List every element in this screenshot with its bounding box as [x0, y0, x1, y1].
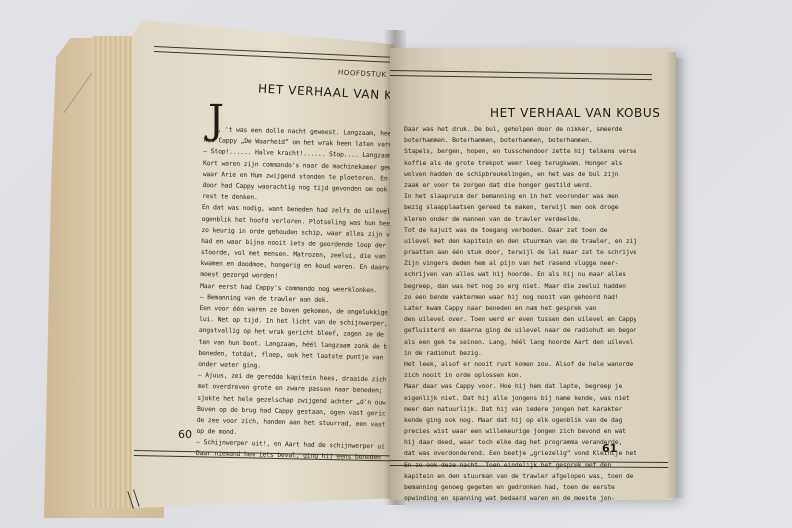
- text-line: Later kwam Cappy naar beneden en nam het…: [404, 303, 636, 314]
- text-line: zich nooit in orde oplossen kon.: [404, 370, 636, 381]
- text-line: Stapels, bergen, hopen, en tusschendoor …: [404, 146, 636, 157]
- top-rule: [390, 70, 652, 80]
- text-line: Tot de kajuit was de toegang verboden. D…: [404, 225, 636, 236]
- text-line: opwinding en spanning wat bedaard waren …: [404, 493, 636, 504]
- text-line: begreep, dan was het nog zo erg niet. Ma…: [404, 281, 636, 292]
- text-line: zo een bende vaktermen waar hij nog nooi…: [404, 292, 636, 303]
- text-line: als een gek te seinen. Lang, héél lang h…: [404, 337, 636, 348]
- text-line: boterhammen. Boterhammen, boterhammen, b…: [404, 135, 636, 146]
- text-line: kapitein en den stuurman van de trawler …: [404, 471, 636, 482]
- text-line: in de radiohut bezig.: [404, 348, 636, 359]
- text-line: den uilevel over. Toen werd er even tuss…: [404, 314, 636, 325]
- page-left: HOOFDSTUK V HET VERHAAL VAN KOBUS J a, '…: [132, 20, 394, 508]
- text-line: kende ging ook nog. Maar dat hij op elk …: [404, 415, 636, 426]
- text-line: gefluisterd en daarna ging de uilevel na…: [404, 325, 636, 336]
- page-block-edges-right: [668, 52, 676, 498]
- text-line: koffie als de grote trekpot weer leeg te…: [404, 158, 636, 169]
- text-line: bezig slaapplaatsen gereed te maken, ter…: [404, 202, 636, 213]
- page-number: 61: [602, 442, 617, 455]
- text-line: Daar was het druk. De bul, geholpen door…: [404, 124, 636, 135]
- text-line: eigenlijk niet. Dat hij alle jongens bij…: [404, 393, 636, 404]
- body-text: a, 't was een dolle nacht geweest. Langz…: [196, 124, 392, 464]
- text-line: Maar daar was Cappy voor. Hoe hij hem da…: [404, 381, 636, 392]
- page-right: HET VERHAAL VAN KOBUS Daar was het druk.…: [390, 48, 672, 500]
- text-line: Het leek, alsof er nooit rust komen zou.…: [404, 359, 636, 370]
- text-line: Zijn vingers deden hem al pijn van het r…: [404, 258, 636, 269]
- book-photo: HOOFDSTUK V HET VERHAAL VAN KOBUS J a, '…: [0, 0, 792, 528]
- text-line: meer dan natuurlijk. Dat hij van iedere …: [404, 404, 636, 415]
- book-shadow: [676, 58, 686, 498]
- text-line: praatten aan één stuk door, terwijl de l…: [404, 247, 636, 258]
- text-line: wolven hadden de schipbreukelingen, en h…: [404, 169, 636, 180]
- page-number: 60: [178, 428, 192, 441]
- text-line: kleren onder de mannen van de trawler ve…: [404, 214, 636, 225]
- text-line: zaak er voor te zorgen dat die honger ge…: [404, 180, 636, 191]
- text-line: schrijven van alles wat hij hoorde. En a…: [404, 269, 636, 280]
- top-rule: [154, 46, 394, 63]
- text-line: bemanning genoeg gegeten en gedronken ha…: [404, 482, 636, 493]
- text-line: uilevel met den kapitein en den stuurman…: [404, 236, 636, 247]
- running-title: HET VERHAAL VAN KOBUS: [490, 106, 661, 120]
- text-line: In het slaapruim der bemanning en in het…: [404, 191, 636, 202]
- text-line: precies wist waar een willekeurige jonge…: [404, 426, 636, 437]
